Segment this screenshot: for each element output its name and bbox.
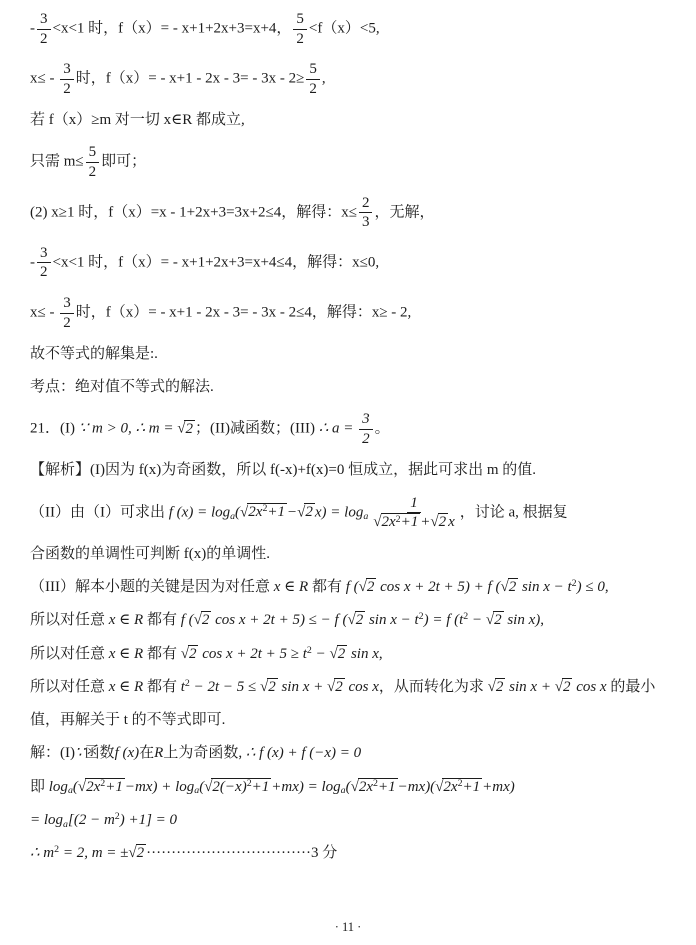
math-run: 2 [202,612,210,628]
line-18: 值，再解关于 t 的不等式即可. [30,710,672,732]
fraction-denominator: 3 [359,213,373,231]
sqrt-expression: √2 [329,645,347,662]
radicand: 2 [493,611,504,628]
line-3: 若 f（x）≥m 对一切 x∈R 都成立, [30,110,672,132]
fraction: 52 [86,144,100,181]
math-run: = log [30,812,63,828]
text-run: 所以对任意 [30,612,109,628]
fraction: 1√2x2+1+√2x [370,495,458,532]
text-run: 都有 [143,646,181,662]
line-9: 考点：绝对值不等式的解法. [30,377,672,399]
text-run: - [30,254,35,270]
radicand: 2x2+1 [442,778,482,795]
text-run: 2 [89,164,97,180]
math-run: 2 [356,612,364,628]
math-run: x) = log [315,504,363,520]
math-run: −mx) + log [125,779,194,795]
math-run: cos x [345,679,379,695]
text-run: （III）解本小题的关键是因为对任意 [30,579,274,595]
superscript: 2 [115,811,120,822]
math-run: 2 [137,845,145,861]
sqrt-expression: √2 [260,678,278,695]
math-run: 2 [362,431,370,447]
document-body: -32<x<1 时，f（x）= - x+1+2x+3=x+4，52<f（x）<5… [0,0,696,865]
subscript: a [68,785,73,796]
radicand: 2 [188,645,199,662]
math-run: +1 [252,779,270,795]
superscript: 2 [572,578,577,589]
math-run: ) = f (t [424,612,464,628]
math-run: R [154,745,163,761]
text-run: 都有 [308,579,346,595]
text-run: 3 [63,295,71,311]
text-run: 3 分 [311,845,337,861]
radical-icon: √ [351,779,358,795]
text-run: 时，f（x）= - x+1 - 2x - 3= - 3x - 2≥ [76,71,305,87]
math-run: f ( [346,579,359,595]
math-run: +1 [378,779,396,795]
math-run: 2 [185,421,193,437]
math-run: +1 [463,779,481,795]
math-run: +mx) [482,779,515,795]
math-run: = 2, m = ± [59,845,128,861]
fraction: 52 [293,11,307,48]
math-run: sin x − t [365,612,418,628]
math-run: 2 [439,514,447,530]
math-run: x ∈ R [109,679,143,695]
sqrt-expression: √2x2+1 [435,778,482,795]
math-run: 2 [563,679,571,695]
fraction: 32 [37,11,51,48]
fraction: 32 [37,245,51,282]
math-run: f ( [181,612,194,628]
radicand: 2x2+1 [85,778,125,795]
math-run: 1 [410,495,418,511]
fraction-denominator: 2 [37,30,51,48]
math-run: −mx)( [398,779,436,795]
math-run: 2 [496,679,504,695]
fraction-numerator: 3 [37,11,51,30]
superscript: 2 [247,778,252,789]
line-14: （III）解本小题的关键是因为对任意 x ∈ R 都有 f (√2 cos x … [30,577,672,599]
text-run: 3 [40,11,48,27]
text-run: 故不等式的解集是:. [30,346,158,362]
math-run: sin x [347,646,379,662]
sqrt-expression: √2(−x)2+1 [204,778,271,795]
radicand: 2 [366,578,377,595]
text-run: - [30,21,35,37]
fraction-denominator: 2 [60,314,74,332]
text-run: 2 [63,315,71,331]
math-run: x ∈ R [109,646,143,662]
text-run: , [540,612,544,628]
math-run: ) ≤ 0 [577,579,605,595]
text-run: 即可； [101,154,146,170]
math-run: +1 [105,779,123,795]
radicand: 2 [201,611,212,628]
math-run: cos x + 2t + 5) ≤ − f ( [211,612,347,628]
math-run: 3 [362,411,370,427]
math-run: +1 [401,514,419,530]
text-run: 考点：绝对值不等式的解法. [30,379,214,395]
text-run: <x<1 时，f（x）= - x+1+2x+3=x+4， [53,21,292,37]
radical-icon: √ [500,579,507,595]
math-run: sin x − t [518,579,571,595]
math-run: + [420,514,430,530]
text-run: 2 [63,81,71,97]
math-run: ∴ m [30,845,54,861]
text-run: 5 [89,144,97,160]
sqrt-expression: √2 [181,645,199,662]
radical-icon: √ [555,679,562,695]
sqrt-expression: √2x2+1 [240,503,287,520]
math-run: sin x + [278,679,327,695]
fraction-numerator: 3 [60,61,74,80]
sqrt-expression: √2x2+1 [373,513,420,530]
superscript: 2 [307,645,312,656]
text-run: <f（x）<5, [309,21,380,37]
line-1: -32<x<1 时，f（x）= - x+1+2x+3=x+4，52<f（x）<5… [30,10,672,49]
math-run: [(2 − m [68,812,115,828]
fraction-numerator: 3 [60,295,74,314]
sqrt-expression: √2 [486,611,504,628]
math-run: 2x [443,779,457,795]
text-run: 21．(I) [30,421,79,437]
text-run: 即 [30,779,49,795]
fraction-numerator: 1 [407,495,421,514]
fraction-numerator: 5 [306,61,320,80]
line-19: 解：(I)∵函数f (x)在R上为奇函数, ∴ f (x) + f (−x) =… [30,743,672,765]
math-run: x ∈ R [274,579,308,595]
text-run: （II）由（I）可求出 [30,504,169,520]
text-run: 值，再解关于 t 的不等式即可. [30,712,225,728]
radical-icon: √ [488,679,495,695]
superscript: 2 [54,844,59,855]
sqrt-expression: √2 [297,503,315,520]
math-run: 2 [494,612,502,628]
math-run: +mx) = log [271,779,340,795]
line-16: 所以对任意 x ∈ R 都有 √2 cos x + 2t + 5 ≥ t2 − … [30,644,672,666]
math-run: x ∈ R [109,612,143,628]
text-run: 合函数的单调性可判断 f(x)的单调性. [30,546,270,562]
text-run: 解：(I) [30,745,75,761]
math-run: 2(−x) [212,779,246,795]
text-run: 2 [362,195,370,211]
math-run: − [312,646,330,662]
math-run: ∴ f (x) + f (−x) = 0 [246,745,361,761]
sqrt-expression: √2x2+1 [78,778,125,795]
math-run: cos x + 2t + 5 ≥ t [198,646,306,662]
sqrt-expression: √2 [128,844,146,861]
math-run: log [49,779,68,795]
sqrt-expression: √2x2+1 [351,778,398,795]
text-run: , [379,646,383,662]
sqrt-expression: √2 [488,678,506,695]
math-run: cos x + 2t + 5) + f ( [376,579,500,595]
math-run: 2x [248,504,262,520]
math-run: 2 [509,579,517,595]
math-run: cos x [572,679,606,695]
radical-icon: √ [430,514,437,530]
line-6: -32<x<1 时，f（x）= - x+1+2x+3=x+4≤4，解得：x≤0, [30,244,672,283]
radical-icon: √ [347,612,354,628]
fraction-denominator: 2 [37,263,51,281]
superscript: 2 [185,678,190,689]
text-run: x≤ - [30,71,58,87]
text-run: 5 [309,61,317,77]
sqrt-expression: √2 [359,578,377,595]
math-run: 2 [305,504,313,520]
text-run: 5 [296,11,304,27]
line-4: 只需 m≤52即可； [30,143,672,182]
radical-icon: √ [359,579,366,595]
fraction-denominator: 2 [306,80,320,98]
math-run: x [448,514,455,530]
math-run: sin x) [504,612,541,628]
text-run: 。 [375,421,390,437]
superscript: 2 [262,503,267,514]
fraction-denominator: 2 [60,80,74,98]
radicand: 2 [334,678,345,695]
radicand: 2 [495,678,506,695]
line-17: 所以对任意 x ∈ R 都有 t2 − 2t − 5 ≤ √2 sin x + … [30,677,672,699]
line-11: 【解析】(I)因为 f(x)为奇函数，所以 f(-x)+f(x)=0 恒成立，据… [30,460,672,482]
math-run: ∵ m > 0, ∴ m = [79,421,178,437]
radical-icon: √ [181,646,188,662]
line-20: 即 loga(√2x2+1−mx) + loga(√2(−x)2+1+mx) =… [30,777,672,799]
fraction: 32 [60,295,74,332]
text-run: , [322,71,326,87]
radicand: 2 [184,420,195,437]
fraction-denominator: 2 [293,30,307,48]
fraction-denominator: 2 [86,163,100,181]
superscript: 2 [100,778,105,789]
text-run: ，讨论 a, 根据复 [460,504,568,520]
radical-icon: √ [128,845,135,861]
radicand: 2x2+1 [358,778,398,795]
text-run: 都有 [143,679,181,695]
document-page: -32<x<1 时，f（x）= - x+1+2x+3=x+4，52<f（x）<5… [0,0,696,945]
math-run: 2 [189,646,197,662]
line-7: x≤ - 32时，f（x）= - x+1 - 2x - 3= - 3x - 2≤… [30,294,672,333]
math-run: − 2t − 5 ≤ [190,679,260,695]
text-run: 在 [139,745,154,761]
fraction: 23 [359,195,373,232]
line-12: （II）由（I）可求出 f (x) = loga(√2x2+1−√2x) = l… [30,494,672,533]
radical-icon: √ [486,612,493,628]
math-run: ) +1] = 0 [120,812,177,828]
fraction-numerator: 2 [359,195,373,214]
line-15: 所以对任意 x ∈ R 都有 f (√2 cos x + 2t + 5) ≤ −… [30,610,672,632]
line-21: = loga[(2 − m2) +1] = 0 [30,810,672,832]
line-22: ∴ m2 = 2, m = ±√2·······················… [30,843,672,865]
text-run: 2 [309,81,317,97]
text-run: 3 [362,214,370,230]
math-run: 2x [359,779,373,795]
text-run: <x<1 时，f（x）= - x+1+2x+3=x+4≤4，解得：x≤0, [53,254,380,270]
superscript: 2 [419,611,424,622]
radicand: 2x2+1 [381,513,421,530]
math-run: 2 [367,579,375,595]
radical-icon: √ [329,646,336,662]
text-run: 的最小 [607,679,656,695]
text-run: 都有 [143,612,181,628]
text-run: (2) x≥1 时，f（x）=x - 1+2x+3=3x+2≤4，解得：x≤ [30,204,357,220]
subscript: a [194,785,199,796]
line-13: 合函数的单调性可判断 f(x)的单调性. [30,544,672,566]
radical-icon: √ [373,514,380,530]
superscript: 2 [463,611,468,622]
sqrt-expression: √2 [194,611,212,628]
sqrt-expression: √2 [177,420,195,437]
superscript: 2 [373,778,378,789]
fraction-numerator: 3 [359,411,373,430]
line-10: 21．(I) ∵ m > 0, ∴ m = √2；(II)减函数；(III) ∴… [30,410,672,449]
radicand: 2 [508,578,519,595]
radicand: 2 [136,844,147,861]
radicand: 2 [267,678,278,695]
fraction-denominator: 2 [359,430,373,448]
math-run: f (x) = log [169,504,230,520]
text-run: ；(II)减函数；(III) [195,421,319,437]
math-run: f (x) [115,745,140,761]
text-run: 2 [40,264,48,280]
subscript: a [63,819,68,830]
radicand: 2 [355,611,366,628]
text-run: 时，f（x）= - x+1 - 2x - 3= - 3x - 2≤4，解得：x≥… [76,304,412,320]
text-run: 只需 m≤ [30,154,84,170]
radicand: 2 [438,513,449,530]
radicand: 2 [562,678,573,695]
sqrt-expression: √2 [347,611,365,628]
subscript: a [230,511,235,522]
math-run: ∴ a = [319,421,357,437]
text-run: 若 f（x）≥m 对一切 x∈R 都成立, [30,112,245,128]
sqrt-expression: √2 [555,678,573,695]
superscript: 2 [458,778,463,789]
text-run: 2 [296,31,304,47]
text-run: 【解析】(I)因为 f(x)为奇函数，所以 f(-x)+f(x)=0 恒成立，据… [30,462,536,478]
math-run: 2x [382,514,396,530]
math-run: 2 [268,679,276,695]
fraction: 32 [60,61,74,98]
math-run: 2 [338,646,346,662]
fraction-numerator: 5 [293,11,307,30]
math-run: ∵ [75,745,85,761]
text-run: x≤ - [30,304,58,320]
math-run: − [287,504,297,520]
text-run: 3 [63,61,71,77]
text-run: 上为奇函数, [163,745,246,761]
math-run: sin x + [505,679,554,695]
math-run: 2x [86,779,100,795]
text-run: 所以对任意 [30,679,109,695]
radical-icon: √ [194,612,201,628]
radicand: 2(−x)2+1 [211,778,271,795]
line-2: x≤ - 32时，f（x）= - x+1 - 2x - 3= - 3x - 2≥… [30,60,672,99]
sqrt-expression: √2 [327,678,345,695]
math-run: +1 [267,504,285,520]
subscript: a [363,511,368,522]
radicand: 2x2+1 [247,503,287,520]
text-run: 函数 [85,745,115,761]
text-run: , [605,579,609,595]
text-run: ································· [146,845,311,861]
sqrt-expression: √2 [430,513,448,530]
radicand: 2 [304,503,315,520]
subscript: a [341,785,346,796]
text-run: ，从而转化为求 [379,679,488,695]
text-run: 2 [40,31,48,47]
sqrt-expression: √2 [500,578,518,595]
line-5: (2) x≥1 时，f（x）=x - 1+2x+3=3x+2≤4，解得：x≤23… [30,194,672,233]
page-footer: · 11 · [0,920,696,935]
fraction: 52 [306,61,320,98]
superscript: 2 [396,514,401,525]
fraction-denominator: √2x2+1+√2x [370,513,458,531]
math-run: − [468,612,486,628]
fraction-numerator: 5 [86,144,100,163]
fraction-numerator: 3 [37,245,51,264]
text-run: 所以对任意 [30,646,109,662]
text-run: 3 [40,245,48,261]
fraction: 32 [359,411,373,448]
math-run: 2 [335,679,343,695]
page-number: · 11 · [335,920,362,934]
radicand: 2 [337,645,348,662]
text-run: ，无解， [374,204,434,220]
line-8: 故不等式的解集是:. [30,344,672,366]
